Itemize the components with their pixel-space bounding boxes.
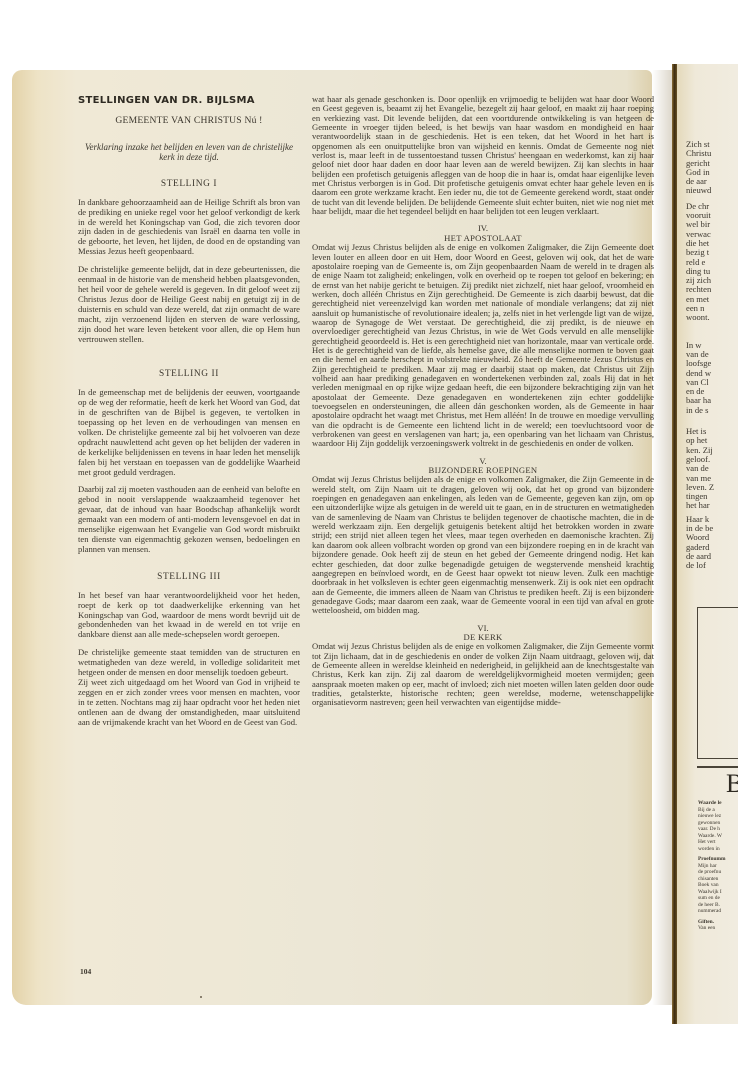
boxed-insert-frame — [697, 607, 738, 759]
text-line: het har — [686, 501, 738, 510]
paragraph: In de gemeenschap met de belijdenis der … — [78, 388, 300, 477]
paper-speck — [200, 996, 202, 998]
right-page-text-fragment: Zich st Christu gericht God in de aar ni… — [686, 140, 738, 570]
middle-column: wat haar als genade geschonken is. Door … — [312, 95, 654, 716]
article-intro: Verklaring inzake het belijden en leven … — [78, 142, 300, 162]
paragraph: Daarbij zal zij moeten vasthouden aan de… — [78, 485, 300, 554]
paragraph: In het besef van haar verantwoordelijkhe… — [78, 591, 300, 641]
left-column: STELLINGEN VAN DR. BIJLSMA GEMEENTE VAN … — [78, 96, 300, 736]
stelling-heading: STELLING II — [78, 370, 300, 380]
paragraph: Omdat wij Jezus Christus belijden als de… — [312, 475, 654, 615]
stelling-heading: STELLING I — [78, 180, 300, 190]
text-line: de lof — [686, 561, 738, 570]
paragraph: wat haar als genade geschonken is. Door … — [312, 95, 654, 216]
text-line: nieuwd — [686, 186, 738, 195]
page-number: 104 — [80, 967, 91, 976]
paragraph: Zij weet zich uitgedaagd om het Woord va… — [78, 678, 300, 728]
paragraph: Omdat wij Jezus Christus belijden als de… — [312, 642, 654, 707]
paragraph: De christelijke gemeente staat temidden … — [78, 648, 300, 678]
text-line: woont. — [686, 313, 738, 322]
right-page-small-text: Waarde le Bij de a nieuwe lez gewonnen v… — [698, 800, 738, 932]
article-title: STELLINGEN VAN DR. BIJLSMA — [78, 96, 300, 106]
text-line: in de s — [686, 406, 738, 415]
paragraph: De christelijke gemeente belijdt, dat in… — [78, 265, 300, 344]
stelling-heading: STELLING III — [78, 573, 300, 583]
article-subtitle: GEMEENTE VAN CHRISTUS Nú ! — [78, 116, 300, 126]
horizontal-rule — [697, 766, 738, 768]
heading-initial: B — [726, 770, 738, 798]
paragraph: Omdat wij Jezus Christus belijden als de… — [312, 243, 654, 449]
gutter-shadow — [652, 70, 672, 1005]
paragraph: In dankbare gehoorzaamheid aan de Heilig… — [78, 198, 300, 257]
text-line: Van een — [698, 925, 738, 932]
